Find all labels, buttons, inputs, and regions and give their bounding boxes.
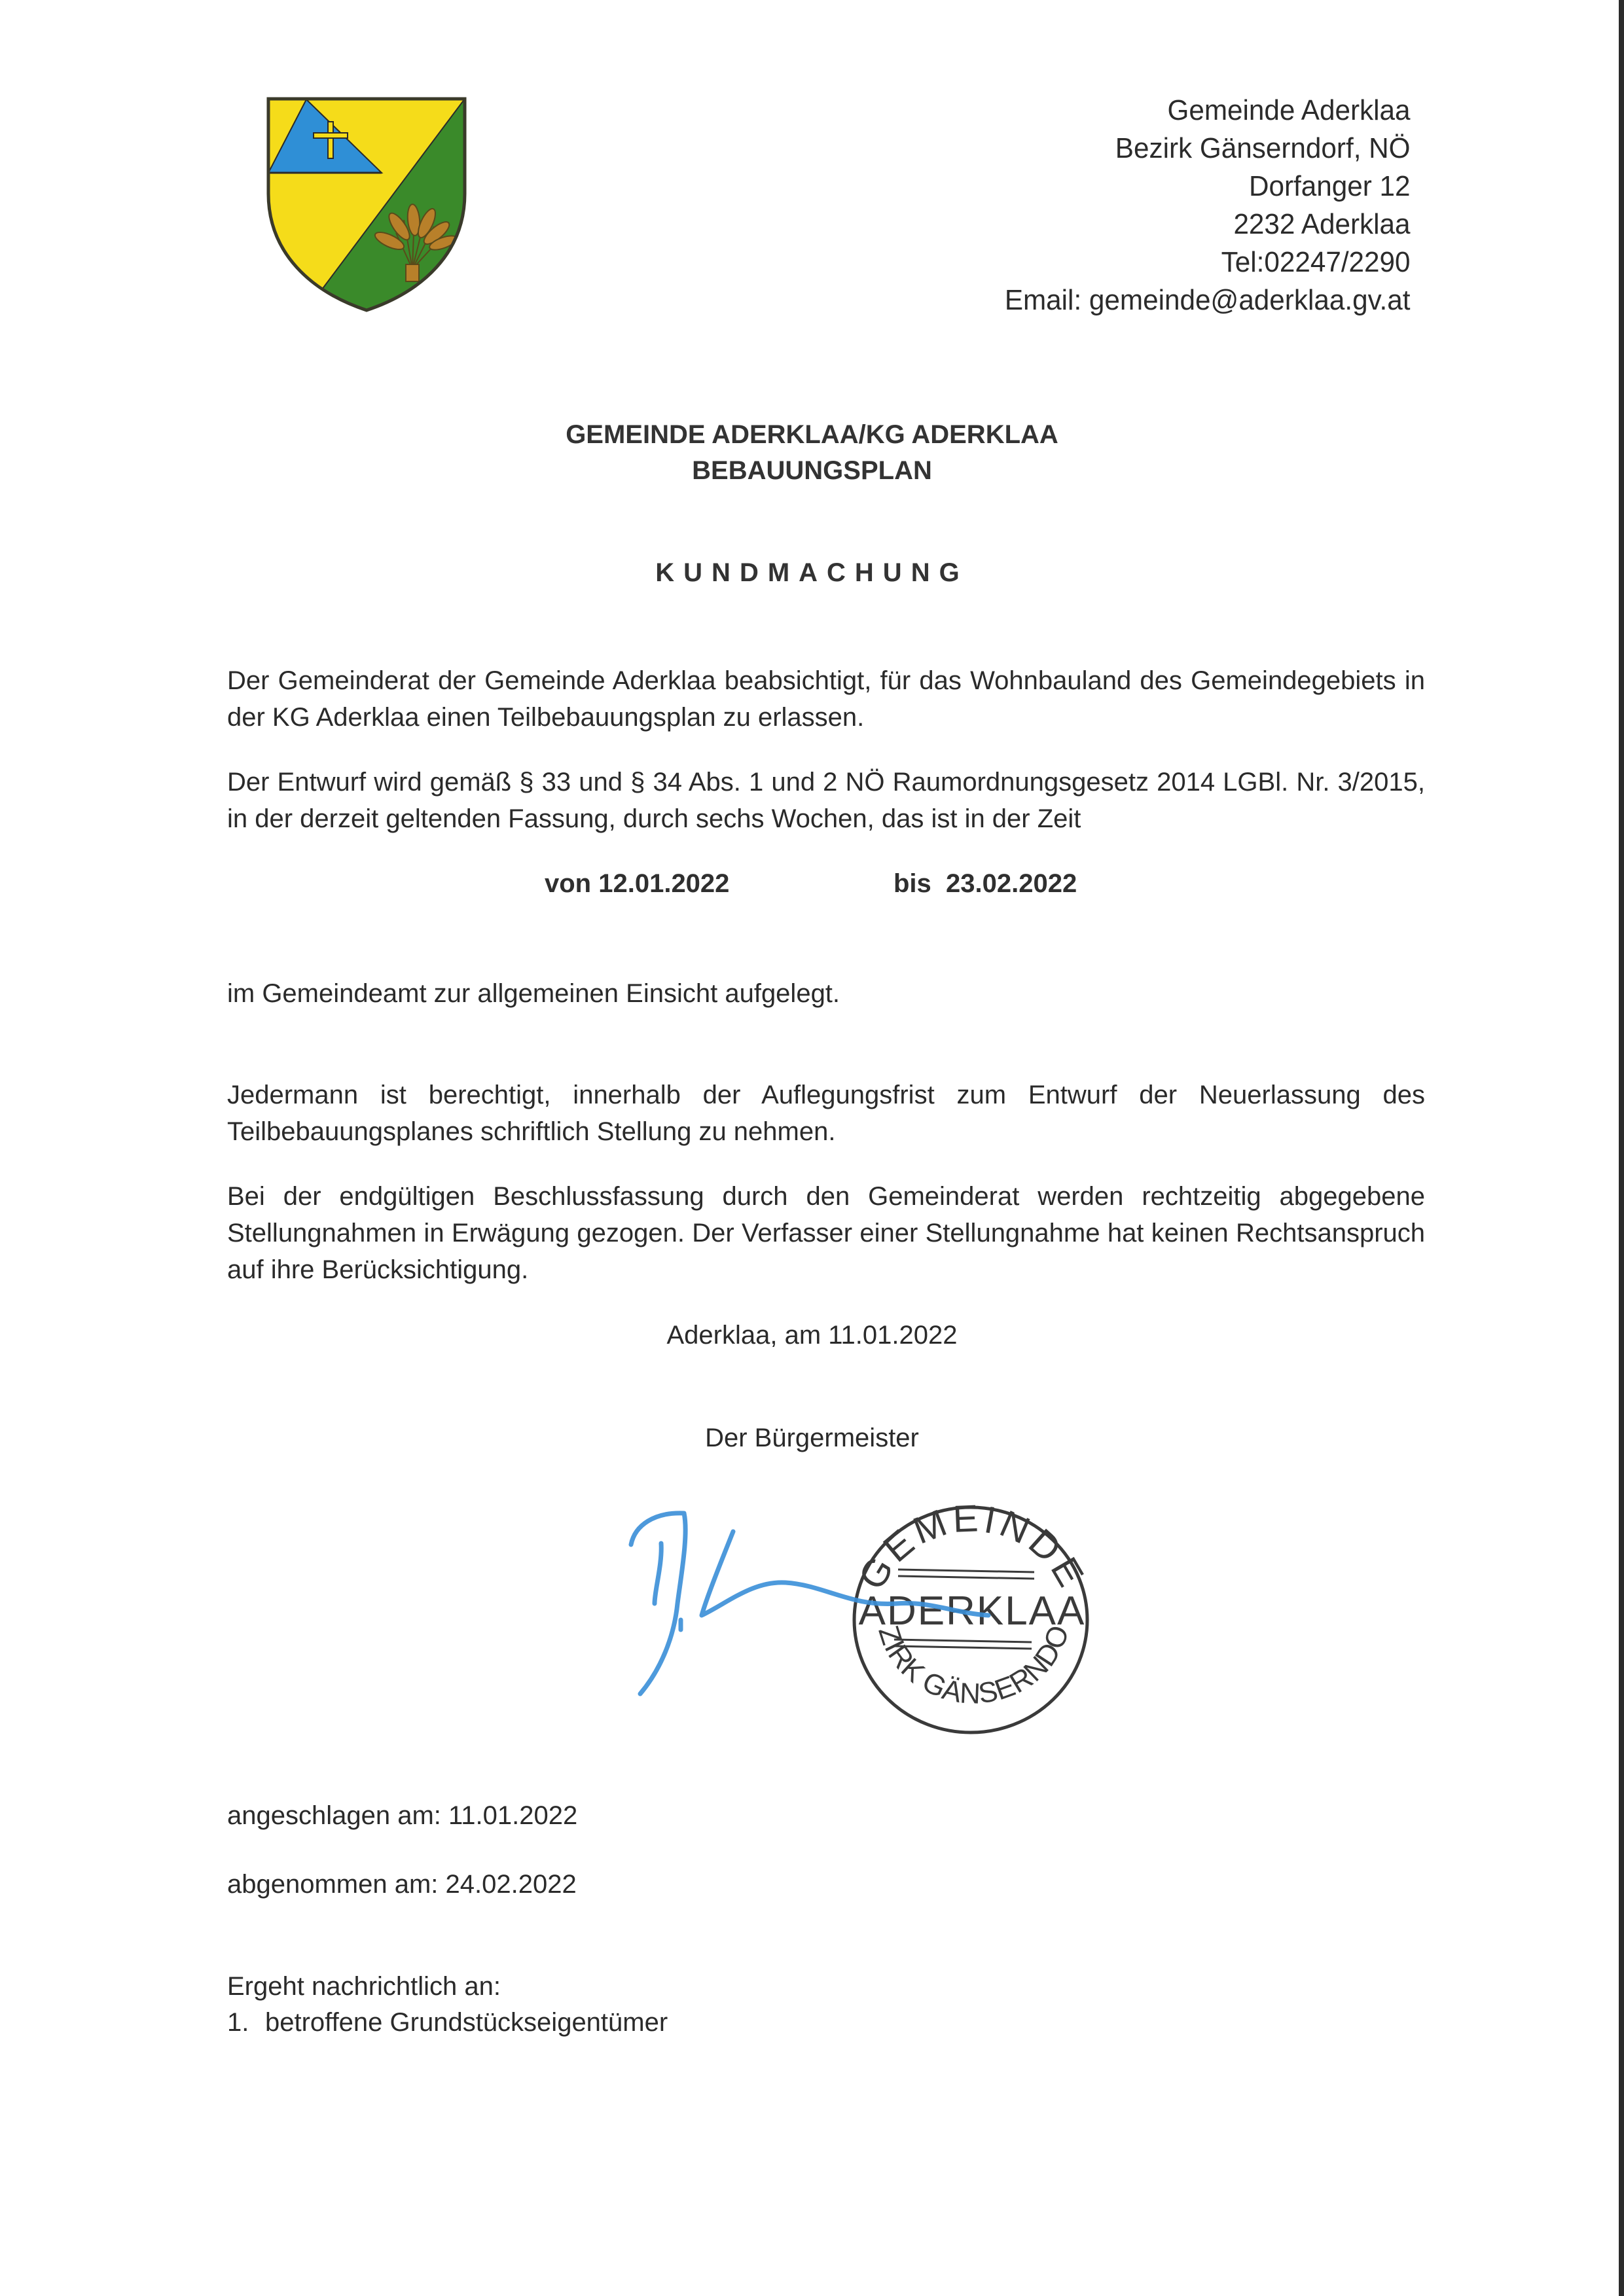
sender-street: Dorfanger 12	[1005, 168, 1411, 206]
sender-phone: Tel:02247/2290	[1005, 243, 1411, 281]
seal-top-text: GEMEINDE	[850, 1497, 1094, 1597]
paragraph-intent: Der Gemeinderat der Gemeinde Aderklaa be…	[227, 662, 1425, 736]
document-subtitle: BEBAUUNGSPLAN	[0, 456, 1624, 486]
paragraph-legal-basis: Der Entwurf wird gemäß § 33 und § 34 Abs…	[227, 764, 1425, 837]
coat-of-arms-icon	[265, 96, 468, 313]
sender-postcode-city: 2232 Aderklaa	[1005, 206, 1411, 243]
removed-date: abgenommen am: 24.02.2022	[227, 1870, 577, 1899]
sender-district: Bezirk Gänserndorf, NÖ	[1005, 130, 1411, 168]
signatory-role: Der Bürgermeister	[0, 1424, 1624, 1453]
period-to: bis 23.02.2022	[893, 869, 1077, 899]
sender-municipality: Gemeinde Aderklaa	[1005, 92, 1411, 130]
place-date: Aderklaa, am 11.01.2022	[0, 1321, 1624, 1350]
official-seal-icon: GEMEINDE ADERKLAA BEZIRK GÄNSERNDORF	[615, 1473, 1094, 1732]
svg-text:GEMEINDE: GEMEINDE	[850, 1497, 1094, 1597]
sender-address: Gemeinde Aderklaa Bezirk Gänserndorf, NÖ…	[1005, 92, 1411, 319]
signature-and-seal: GEMEINDE ADERKLAA BEZIRK GÄNSERNDORF	[615, 1473, 1113, 1761]
scan-edge	[1619, 0, 1624, 2296]
distribution-heading: Ergeht nachrichtlich an:	[227, 1972, 501, 2001]
posted-date: angeschlagen am: 11.01.2022	[227, 1801, 577, 1831]
document-title: GEMEINDE ADERKLAA/KG ADERKLAA	[0, 420, 1624, 450]
period-from: von 12.01.2022	[545, 869, 729, 899]
document-page: Gemeinde Aderklaa Bezirk Gänserndorf, NÖ…	[0, 0, 1624, 2296]
distribution-item-number: 1.	[227, 2008, 265, 2037]
notice-heading: KUNDMACHUNG	[0, 558, 1624, 588]
paragraph-right-to-comment: Jedermann ist berechtigt, innerhalb der …	[227, 1077, 1425, 1150]
distribution-item-text: betroffene Grundstückseigentümer	[265, 2008, 668, 2037]
distribution-item: 1.betroffene Grundstückseigentümer	[227, 2008, 668, 2037]
paragraph-resolution: Bei der endgültigen Beschlussfassung dur…	[227, 1178, 1425, 1288]
sender-email: Email: gemeinde@aderklaa.gv.at	[1005, 281, 1411, 319]
paragraph-display: im Gemeindeamt zur allgemeinen Einsicht …	[227, 975, 1425, 1012]
